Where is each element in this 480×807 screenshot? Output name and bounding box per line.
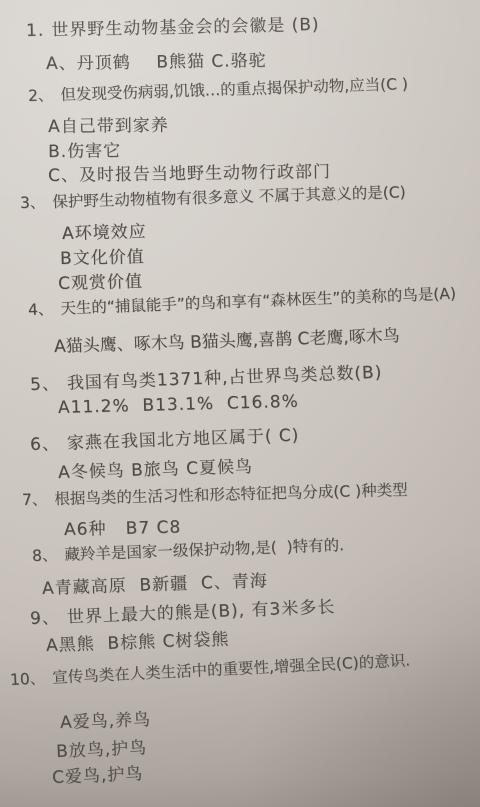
question-text: 家燕在我国北方地区属于( C) xyxy=(67,426,300,454)
question-number: 8、 xyxy=(32,543,58,566)
question-text: 我国有鸟类1371种,占世界鸟类总数(B) xyxy=(67,363,383,394)
question-number: 6、 xyxy=(30,429,61,455)
option-line: A6种 B7 C8 xyxy=(64,513,182,540)
question-number: 2、 xyxy=(28,83,54,106)
option-line: C爱鸟,护鸟 xyxy=(51,759,143,788)
option-line: A爱鸟,养鸟 xyxy=(60,705,152,733)
question-number: 10、 xyxy=(9,666,45,690)
option-line: A、丹顶鹤 B熊猫 C.骆驼 xyxy=(46,46,267,74)
option-line: C、及时报告当地野生动物行政部门 xyxy=(48,157,331,186)
option-line: A环境效应 xyxy=(62,217,147,244)
option-line: A自己带到家养 xyxy=(48,111,169,137)
option-line: A青藏高原 B新疆 C、青海 xyxy=(42,566,269,599)
question-number: 5、 xyxy=(30,369,61,395)
option-line: A猫头鹰、啄木鸟 B猫头鹰,喜鹊 C老鹰,啄木鸟 xyxy=(54,321,400,357)
question-text: 但发现受伤病弱,饥饿…的重点揭保护动物,应当(C ) xyxy=(60,75,408,104)
question-number: 4、 xyxy=(28,297,54,320)
question-stem: 6、家燕在我国北方地区属于( C) xyxy=(30,421,300,455)
question-text: 宣传鸟类在人类生活中的重要性,增强全民(C)的意识. xyxy=(52,651,411,686)
option-line: B文化价值 xyxy=(60,242,145,269)
option-line: B.伤害它 xyxy=(48,136,121,162)
question-number: 1. xyxy=(26,21,45,41)
question-number: 9、 xyxy=(30,603,61,629)
question-stem: 2、但发现受伤病弱,饥饿…的重点揭保护动物,应当(C ) xyxy=(28,72,409,106)
option-line: B放鸟,护鸟 xyxy=(55,733,147,762)
question-stem: 7、根据鸟类的生活习性和形态特征把鸟分成(C )种类型 xyxy=(22,478,408,510)
question-number: 3、 xyxy=(20,190,46,213)
question-stem: 5、我国有鸟类1371种,占世界鸟类总数(B) xyxy=(30,358,383,395)
question-text: 藏羚羊是国家一级保护动物,是( )特有的. xyxy=(64,536,344,564)
option-line: C观赏价值 xyxy=(58,267,144,294)
option-line: A黑熊 B棕熊 C树袋熊 xyxy=(46,625,230,656)
option-line: A冬候鸟 B旅鸟 C夏候鸟 xyxy=(58,452,254,483)
option-line: A11.2% B13.1% C16.8% xyxy=(58,392,299,418)
question-number: 7、 xyxy=(22,487,48,510)
question-text: 世界野生动物基金会的会徽是 (B) xyxy=(51,15,320,41)
question-stem: 1.世界野生动物基金会的会徽是 (B) xyxy=(26,10,320,41)
question-text: 保护野生动物植物有很多意义 不属于其意义的是(C) xyxy=(52,183,406,211)
question-text: 根据鸟类的生活习性和形态特征把鸟分成(C )种类型 xyxy=(54,481,408,508)
handwritten-quiz-page: 1.世界野生动物基金会的会徽是 (B) A、丹顶鹤 B熊猫 C.骆驼 2、但发现… xyxy=(0,0,480,807)
question-text: 世界上最大的熊是(B), 有3米多长 xyxy=(67,597,336,627)
